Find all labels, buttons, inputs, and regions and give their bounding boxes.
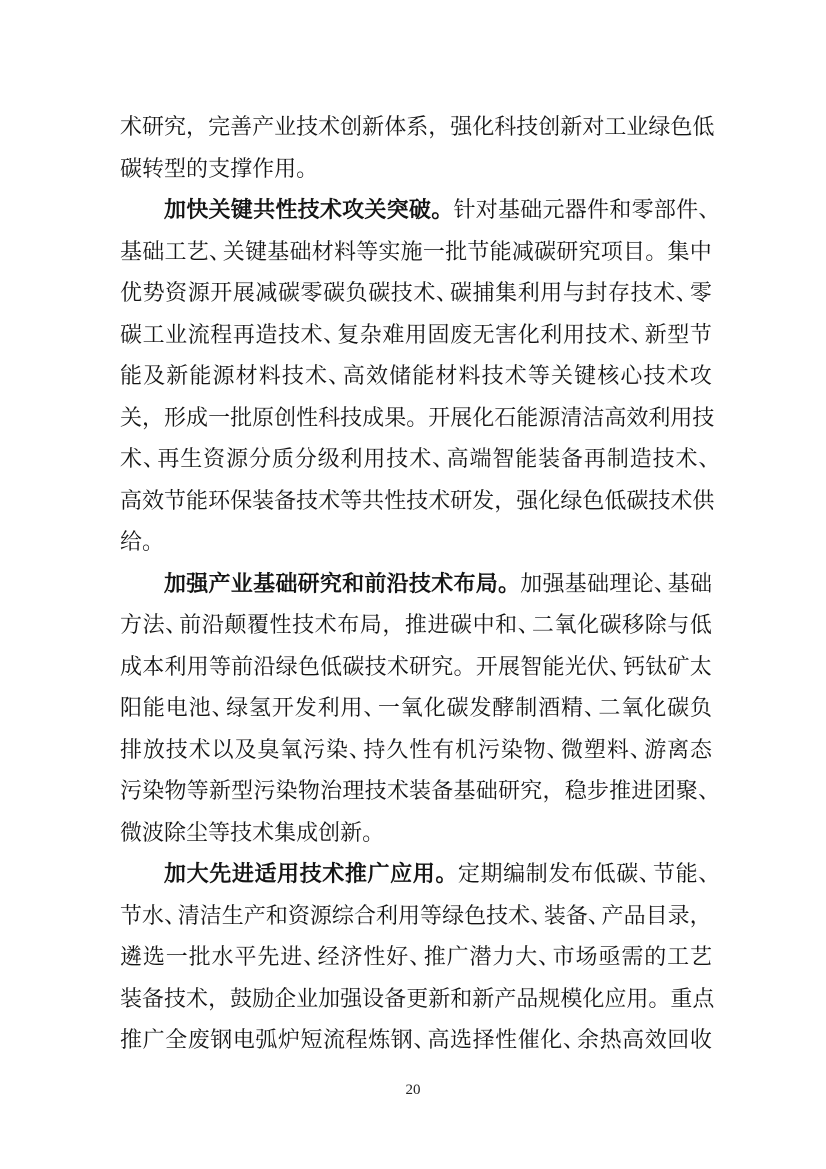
text-line: 装备技术，鼓励企业加强设备更新和新产品规模化应用。重点 (120, 978, 712, 1020)
text-line: 加大先进适用技术推广应用。定期编制发布低碳、节能、 (120, 853, 712, 895)
text-line: 基础工艺、关键基础材料等实施一批节能减碳研究项目。集中 (120, 231, 712, 273)
text-line: 碳转型的支撑作用。 (120, 148, 712, 190)
text-line: 微波除尘等技术集成创新。 (120, 812, 712, 854)
text-line: 能及新能源材料技术、高效储能材料技术等关键核心技术攻 (120, 355, 712, 397)
document-body: 术研究，完善产业技术创新体系，强化科技创新对工业绿色低碳转型的支撑作用。加快关键… (120, 106, 712, 1061)
text-line: 术、再生资源分质分级利用技术、高端智能装备再制造技术、 (120, 438, 712, 480)
text-line: 污染物等新型污染物治理技术装备基础研究，稳步推进团聚、 (120, 770, 712, 812)
text-line: 加快关键共性技术攻关突破。针对基础元器件和零部件、 (120, 189, 712, 231)
text-line: 成本利用等前沿绿色低碳技术研究。开展智能光伏、钙钛矿太 (120, 646, 712, 688)
text-line: 方法、前沿颠覆性技术布局，推进碳中和、二氧化碳移除与低 (120, 604, 712, 646)
text-line: 关，形成一批原创性科技成果。开展化石能源清洁高效利用技 (120, 397, 712, 439)
text-line: 阳能电池、绿氢开发利用、一氧化碳发酵制酒精、二氧化碳负 (120, 687, 712, 729)
text-line: 优势资源开展减碳零碳负碳技术、碳捕集利用与封存技术、零 (120, 272, 712, 314)
text-line: 高效节能环保装备技术等共性技术研发，强化绿色低碳技术供 (120, 480, 712, 522)
text-line: 遴选一批水平先进、经济性好、推广潜力大、市场亟需的工艺 (120, 936, 712, 978)
text-line: 术研究，完善产业技术创新体系，强化科技创新对工业绿色低 (120, 106, 712, 148)
text-line: 碳工业流程再造技术、复杂难用固废无害化利用技术、新型节 (120, 314, 712, 356)
text-line: 加强产业基础研究和前沿技术布局。加强基础理论、基础 (120, 563, 712, 605)
text-line: 节水、清洁生产和资源综合利用等绿色技术、装备、产品目录， (120, 895, 712, 937)
text-line: 排放技术以及臭氧污染、持久性有机污染物、微塑料、游离态 (120, 729, 712, 771)
document-page: 术研究，完善产业技术创新体系，强化科技创新对工业绿色低碳转型的支撑作用。加快关键… (0, 0, 826, 1169)
page-number: 20 (406, 1082, 421, 1098)
text-line: 推广全废钢电弧炉短流程炼钢、高选择性催化、余热高效回收 (120, 1019, 712, 1061)
text-line: 给。 (120, 521, 712, 563)
page-footer: 20 (0, 1078, 826, 1102)
